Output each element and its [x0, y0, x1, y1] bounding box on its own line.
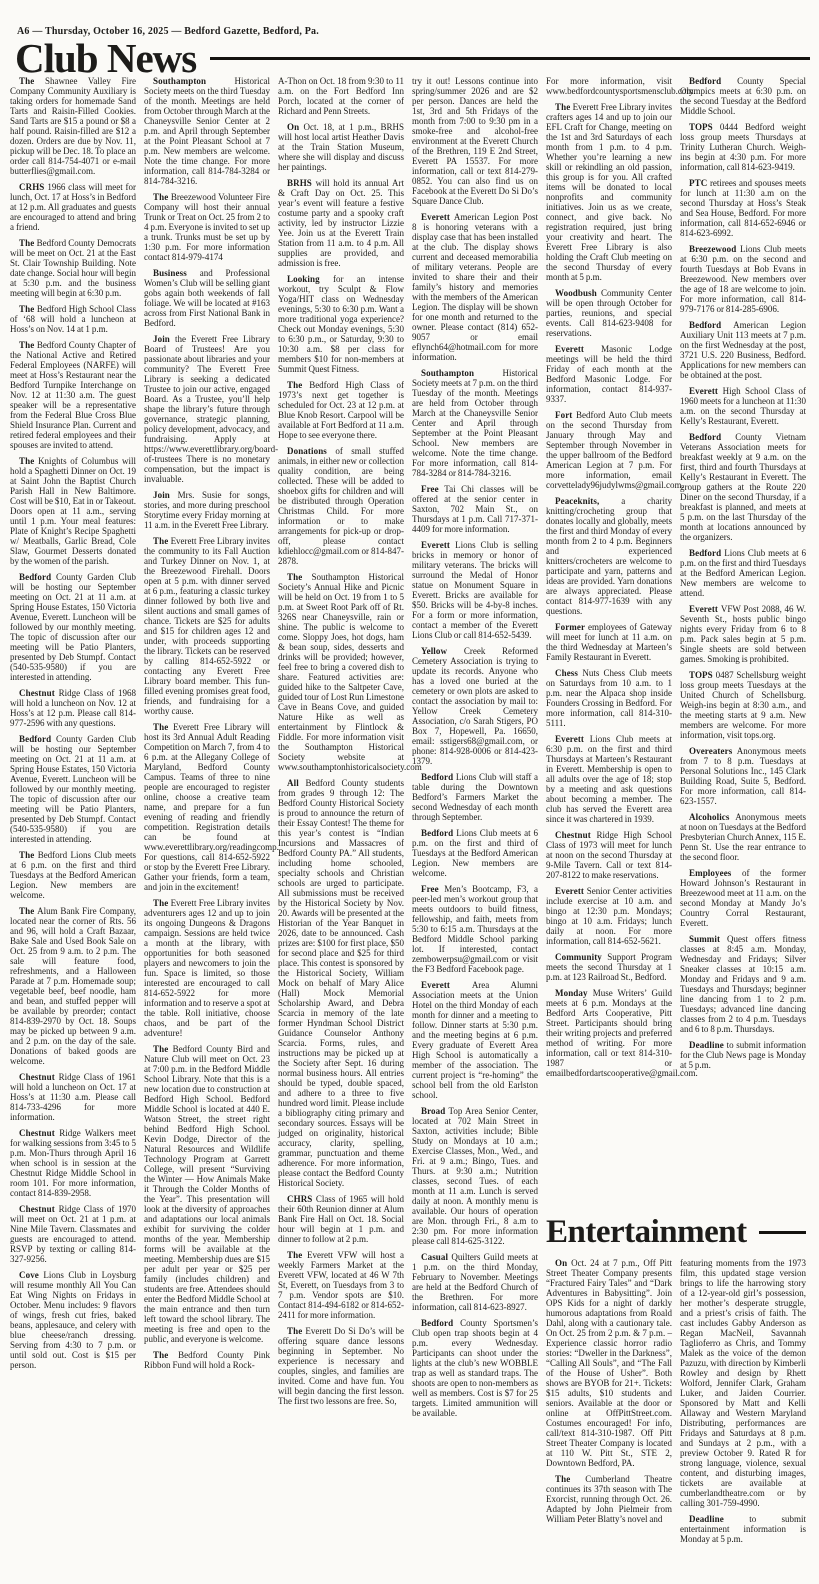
news-paragraph: Bedford Lions Club will staff a table du… — [412, 772, 538, 822]
news-paragraph: The Bedford County Democrats will be mee… — [10, 238, 136, 298]
news-paragraph: Everett American Legion Post 8 is honori… — [412, 212, 538, 362]
entertainment-columns: On Oct. 24 at 7 p.m., Off Pitt Street Th… — [546, 1258, 806, 1558]
news-paragraph: The Cumberland Theatre continues its 37t… — [546, 1474, 672, 1524]
news-paragraph: TOPS 0487 Schellsburg weight loss group … — [680, 670, 806, 740]
news-paragraph: The Bedford County Bird and Nature Club … — [144, 1044, 270, 1344]
news-paragraph: Former employees of Gateway will meet fo… — [546, 622, 672, 662]
news-paragraph: The Everett Free Library invites the com… — [144, 536, 270, 716]
news-paragraph: Cove Lions Club in Loysburg will resume … — [10, 1270, 136, 1370]
club-column-1: The Shawnee Valley Fire Company Communit… — [10, 76, 136, 1558]
news-paragraph: Bedford County Garden Club will be hosti… — [10, 734, 136, 844]
news-paragraph: Everett Lions Club is selling bricks in … — [412, 540, 538, 640]
entertainment-column-1: On Oct. 24 at 7 p.m., Off Pitt Street Th… — [546, 1258, 672, 1558]
news-paragraph: Summit Quest offers fitness classes at 8… — [680, 934, 806, 1034]
news-paragraph: CRHS 1966 class will meet for lunch, Oct… — [10, 182, 136, 232]
page-content: The Shawnee Valley Fire Company Communit… — [10, 76, 810, 1558]
news-paragraph: Everett Lions Club meets at 6:30 p.m. on… — [546, 734, 672, 824]
news-paragraph: Donations of small stuffed animals, in e… — [278, 446, 404, 566]
news-paragraph: Chestnut Ridge Class of 1970 will meet o… — [10, 1204, 136, 1264]
news-paragraph: Casual Quilters Guild meets at 1 p.m. on… — [412, 1252, 538, 1312]
news-paragraph: Deadline to submit information for the C… — [680, 1040, 806, 1070]
news-paragraph: A-Thon on Oct. 18 from 9:30 to 11 a.m. o… — [278, 76, 404, 116]
news-paragraph: Join Mrs. Susie for songs, stories, and … — [144, 490, 270, 530]
news-paragraph: Bedford County Garden Club will be hosti… — [10, 572, 136, 682]
news-paragraph: The Everett Do Si Do’s will be offering … — [278, 1326, 404, 1406]
club-column-6: Bedford County Special Olympics meets at… — [680, 76, 806, 1209]
news-paragraph: Community Support Program meets the seco… — [546, 952, 672, 982]
news-paragraph: For more information, visit www.bedfordc… — [546, 76, 672, 96]
news-paragraph: The Shawnee Valley Fire Company Communit… — [10, 76, 136, 176]
entertainment-column-2: featuring moments from the 1973 film, th… — [680, 1258, 806, 1558]
club-news-masthead: Club News — [15, 38, 810, 79]
news-paragraph: Everett Senior Center activities include… — [546, 886, 672, 946]
news-paragraph: Free Men’s Bootcamp, F3, a peer-led men’… — [412, 884, 538, 974]
news-paragraph: The Bedford County Chapter of the Nation… — [10, 340, 136, 450]
news-paragraph: Everett Masonic Lodge meetings will be h… — [546, 344, 672, 404]
news-paragraph: The Southampton Historical Society’s Ann… — [278, 572, 404, 772]
news-paragraph: Southampton Historical Society meets on … — [144, 76, 270, 186]
news-paragraph: Free Tai Chi classes will be offered at … — [412, 484, 538, 534]
news-paragraph: The Everett Free Library will host its 3… — [144, 722, 270, 892]
right-club-columns: For more information, visit www.bedfordc… — [546, 76, 806, 1209]
headline-rule — [759, 1231, 806, 1234]
news-paragraph: Monday Muse Writers’ Guild meets at 6 p.… — [546, 988, 672, 1078]
entertainment-masthead: Entertainment — [546, 1216, 806, 1249]
club-column-5: For more information, visit www.bedfordc… — [546, 76, 672, 1209]
news-paragraph: Bedford Lions Club meets at 6 p.m. on th… — [412, 828, 538, 878]
news-paragraph: On Oct. 24 at 7 p.m., Off Pitt Street Th… — [546, 1258, 672, 1468]
news-paragraph: Yellow Creek Reformed Cemetery Associati… — [412, 646, 538, 766]
news-paragraph: The Alum Bank Fire Company, located near… — [10, 906, 136, 1066]
club-column-4: try it out! Lessons continue into spring… — [412, 76, 538, 1558]
news-paragraph: Bedford County Special Olympics meets at… — [680, 76, 806, 116]
news-paragraph: All Bedford County students from grades … — [278, 778, 404, 1188]
news-paragraph: CHRS Class of 1965 will hold their 60th … — [278, 1194, 404, 1244]
news-paragraph: Employees of the former Howard Johnson’s… — [680, 868, 806, 928]
news-paragraph: Woodbush Community Center will be open t… — [546, 288, 672, 338]
news-paragraph: Everett Area Alumni Association meets at… — [412, 980, 538, 1100]
news-paragraph: PTC retirees and spouses meets for lunch… — [680, 178, 806, 238]
club-column-2: Southampton Historical Society meets on … — [144, 76, 270, 1558]
news-paragraph: Looking for an intense workout, try Scul… — [278, 274, 404, 374]
news-paragraph: Chestnut Ridge Walkers meet for walking … — [10, 1128, 136, 1198]
news-paragraph: Chestnut Ridge Class of 1961 will hold a… — [10, 1072, 136, 1122]
news-paragraph: The Everett Free Library invites adventu… — [144, 898, 270, 1038]
news-paragraph: Business and Professional Women’s Club w… — [144, 268, 270, 328]
news-paragraph: Chess Nuts Chess Club meets on Saturdays… — [546, 668, 672, 728]
news-paragraph: Chestnut Ridge High School Class of 1973… — [546, 830, 672, 880]
news-paragraph: The Everett Free Library invites crafter… — [546, 102, 672, 282]
news-paragraph: Broad Top Area Senior Center, located at… — [412, 1106, 538, 1246]
news-paragraph: The Knights of Columbus will hold a Spag… — [10, 456, 136, 566]
news-paragraph: The Everett VFW will host a weekly Farme… — [278, 1250, 404, 1320]
news-paragraph: Everett High School Class of 1960 meets … — [680, 386, 806, 426]
news-paragraph: Chestnut Ridge Class of 1968 will hold a… — [10, 688, 136, 728]
news-paragraph: Southampton Historical Society meets at … — [412, 368, 538, 478]
news-paragraph: Breezewood Lions Club meets at 6:30 p.m.… — [680, 244, 806, 314]
news-paragraph: The Breezewood Volunteer Fire Company wi… — [144, 192, 270, 262]
right-region: For more information, visit www.bedfordc… — [546, 76, 806, 1558]
club-column-3: A-Thon on Oct. 18 from 9:30 to 11 a.m. o… — [278, 76, 404, 1558]
news-paragraph: Fort Bedford Auto Club meets on the seco… — [546, 410, 672, 490]
news-paragraph: Alcoholics Anonymous meets at noon on Tu… — [680, 812, 806, 862]
news-paragraph: Bedford Lions Club meets at 6 p.m. on th… — [680, 548, 806, 598]
news-paragraph: The Bedford Lions Club meets at 6 p.m. o… — [10, 850, 136, 900]
section-title-entertainment: Entertainment — [546, 1216, 747, 1249]
newspaper-page: A6 — Thursday, October 16, 2025 — Bedfor… — [0, 0, 819, 1584]
headline-rule — [210, 57, 810, 60]
news-paragraph: On Oct. 18, at 1 p.m., BRHS will host lo… — [278, 122, 404, 172]
news-paragraph: try it out! Lessons continue into spring… — [412, 76, 538, 206]
news-paragraph: Bedford County Vietnam Veterans Associat… — [680, 432, 806, 542]
news-paragraph: Bedford County Sportsmen’s Club open tra… — [412, 1318, 538, 1418]
news-paragraph: featuring moments from the 1973 film, th… — [680, 1258, 806, 1508]
news-paragraph: Join the Everett Free Library Board of T… — [144, 334, 270, 484]
news-paragraph: BRHS will hold its annual Art & Craft Da… — [278, 178, 404, 268]
news-paragraph: Overeaters Anonymous meets from 7 to 8 p… — [680, 746, 806, 806]
news-paragraph: Bedford American Legion Auxiliary Unit 1… — [680, 320, 806, 380]
news-paragraph: The Bedford High School Class of ‘68 wil… — [10, 304, 136, 334]
news-paragraph: TOPS 0444 Bedford weight loss group meet… — [680, 122, 806, 172]
news-paragraph: Peaceknits, a charity knitting/crochetin… — [546, 496, 672, 616]
news-paragraph: Everett VFW Post 2088, 46 W. Seventh St.… — [680, 604, 806, 664]
section-title-club-news: Club News — [15, 38, 196, 79]
news-paragraph: Deadline to submit entertainment informa… — [680, 1514, 806, 1544]
news-paragraph: The Bedford High Class of 1973’s next ge… — [278, 380, 404, 440]
news-paragraph: The Bedford County Pink Ribbon Fund will… — [144, 1350, 270, 1370]
